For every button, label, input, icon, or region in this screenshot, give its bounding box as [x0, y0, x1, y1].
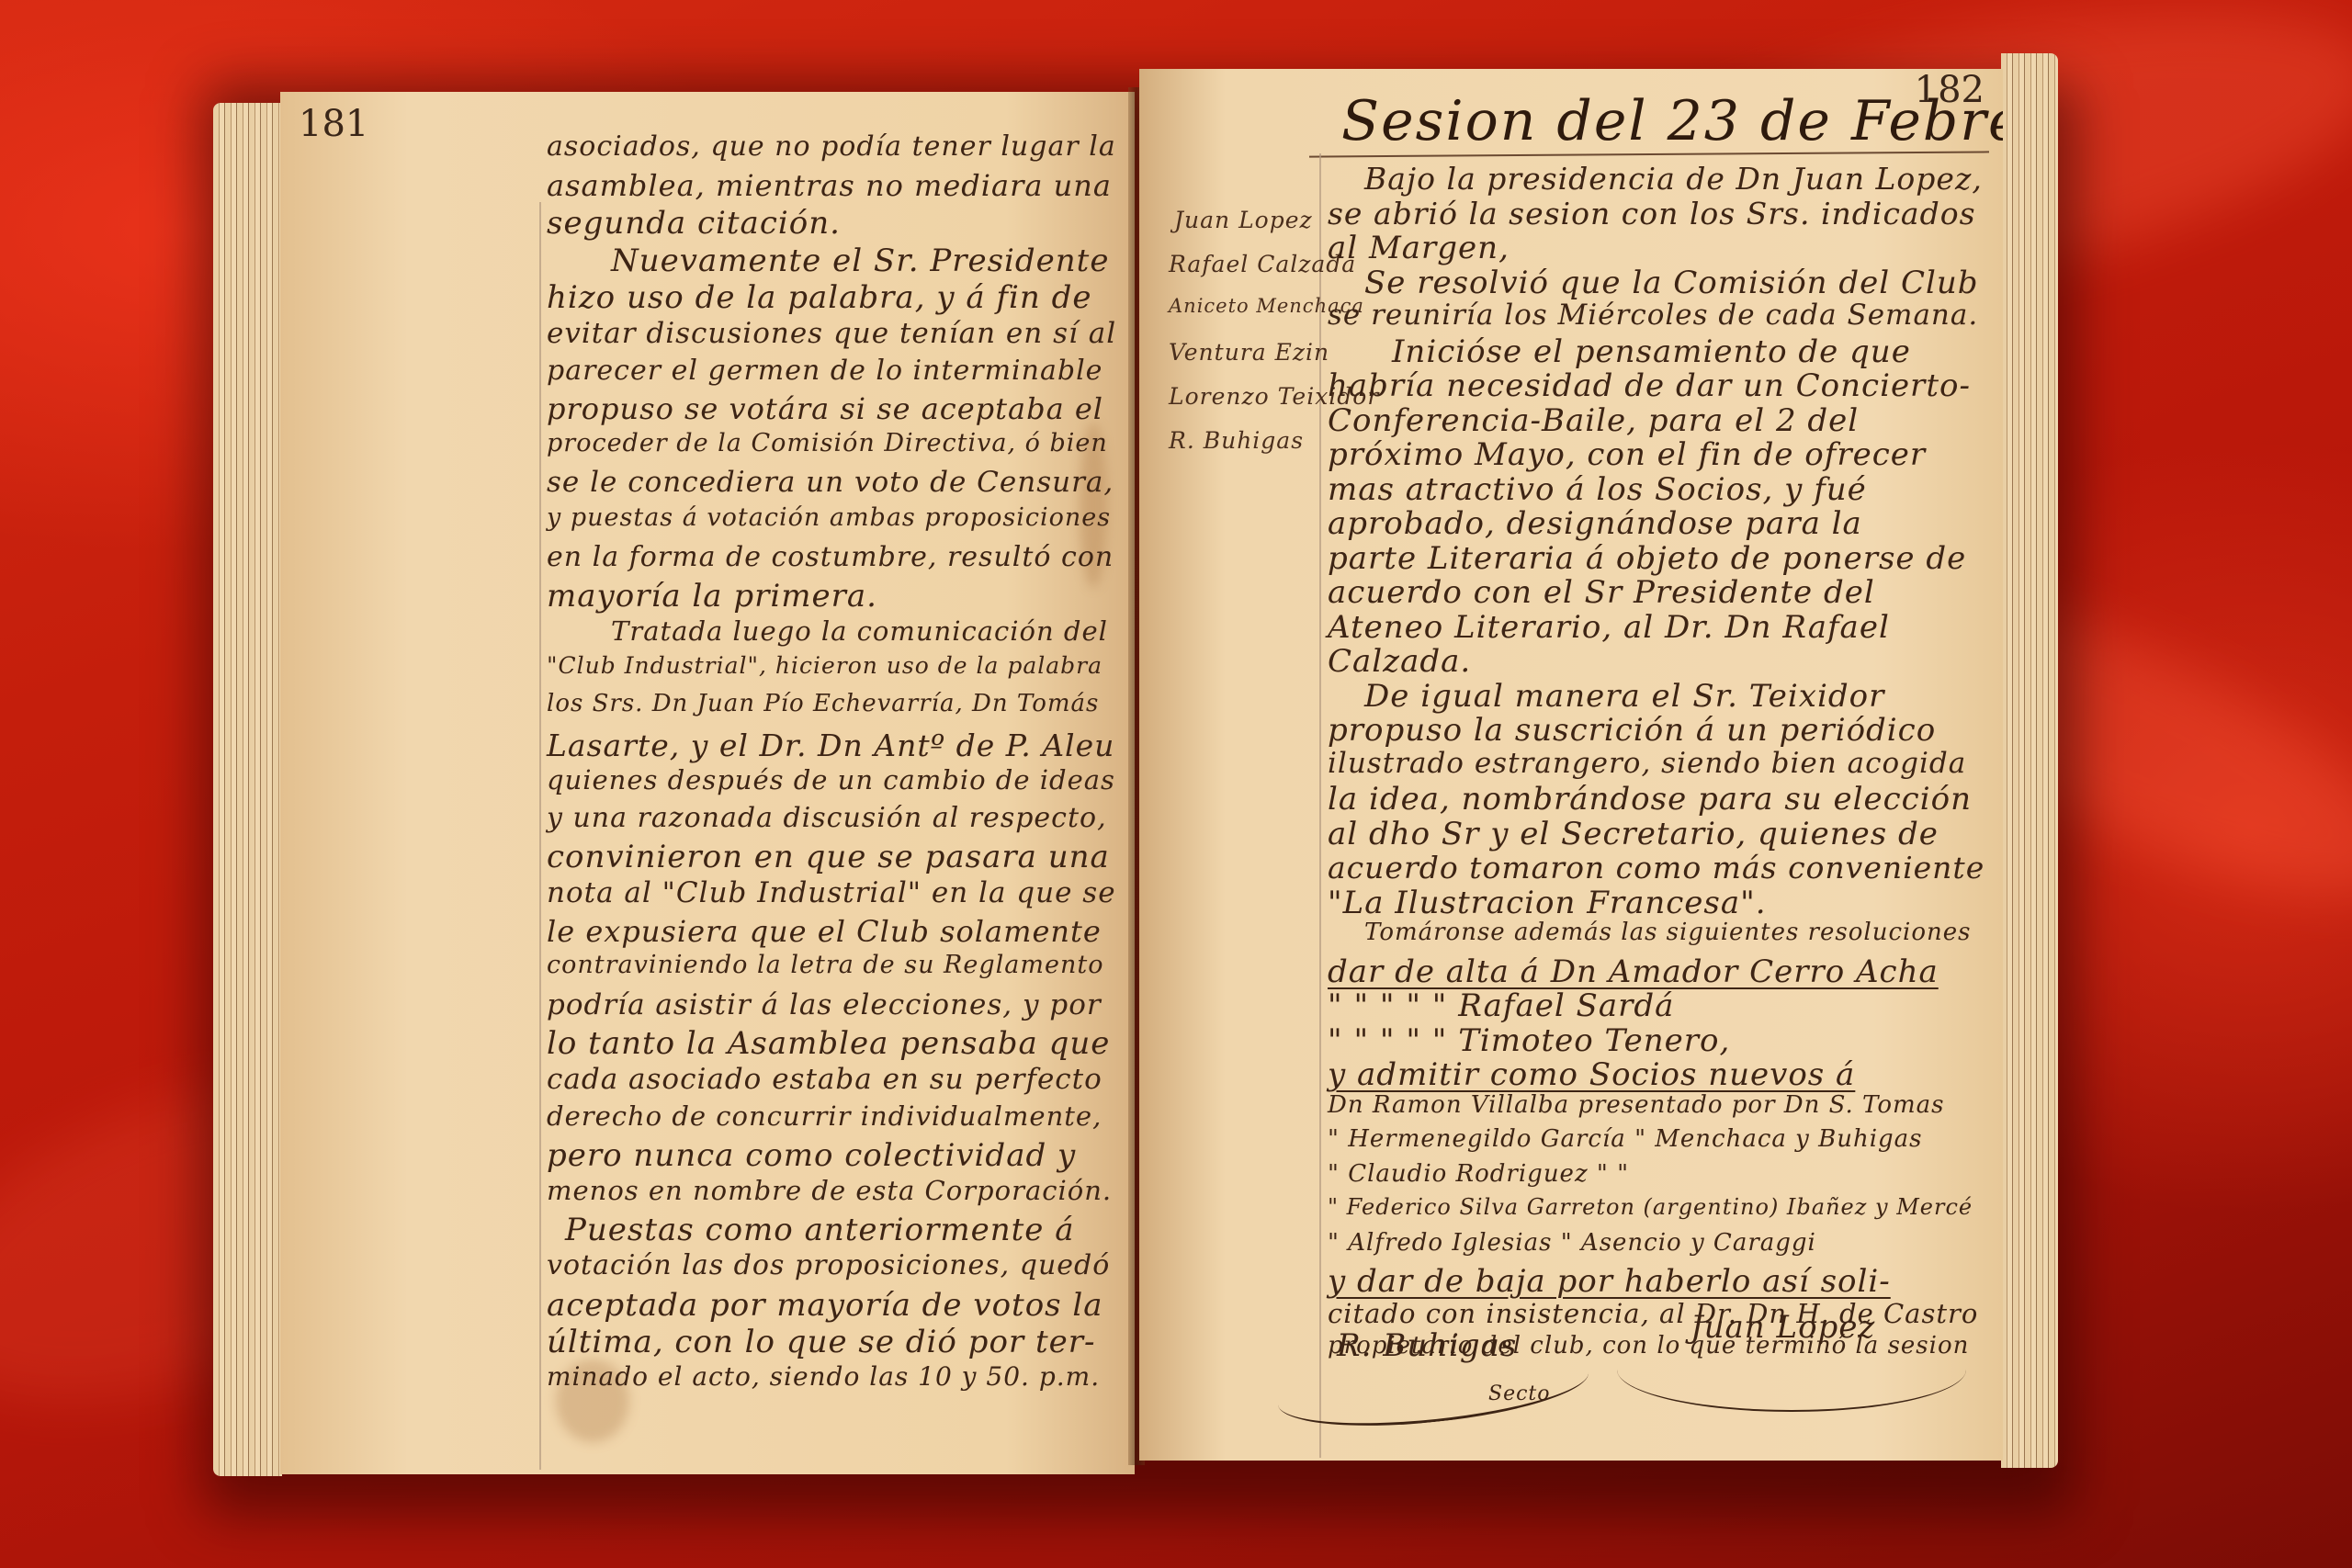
handwritten-line: se le concediera un voto de Censura,: [547, 466, 1114, 499]
handwritten-line: segunda citación.: [547, 205, 841, 242]
handwritten-line: propuso la suscrición á un periódico: [1328, 712, 1936, 749]
handwritten-line: Bajo la presidencia de Dn Juan Lopez,: [1364, 161, 1983, 197]
handwritten-line: aceptada por mayoría de votos la: [547, 1287, 1103, 1324]
handwritten-line: Ateneo Literario, al Dr. Dn Rafael: [1328, 609, 1890, 646]
handwritten-line: le expusiera que el Club solamente: [547, 914, 1102, 949]
handwritten-line: convinieron en que se pasara una: [547, 839, 1110, 875]
handwritten-line: asociados, que no podía tener lugar la: [547, 130, 1116, 163]
handwritten-line: propuso se votára si se aceptaba el: [547, 391, 1103, 426]
handwritten-line: nota al "Club Industrial" en la que se: [547, 876, 1116, 909]
handwritten-line: la idea, nombrándose para su elección: [1328, 781, 1972, 818]
handwritten-line: Se resolvió que la Comisión del Club: [1364, 265, 1979, 301]
handwritten-line: y admitir como Socios nuevos á: [1328, 1056, 1855, 1093]
handwritten-line: De igual manera el Sr. Teixidor: [1364, 678, 1884, 715]
handwritten-line: menos en nombre de esta Corporación.: [547, 1175, 1112, 1206]
handwritten-line: parte Literaria á objeto de ponerse de: [1328, 540, 1966, 577]
handwritten-line: se abrió la sesion con los Srs. indicado…: [1328, 196, 1976, 231]
handwritten-line: y puestas á votación ambas proposiciones: [547, 503, 1111, 532]
handwritten-line: votación las dos proposiciones, quedó: [547, 1249, 1110, 1281]
handwritten-line: parecer el germen de lo interminable: [547, 355, 1102, 387]
handwritten-line: Tomáronse además las siguientes resoluci…: [1364, 919, 1971, 946]
attendee-name: Juan Lopez: [1174, 207, 1313, 233]
session-title: Sesion del 23 de Febrero de 1883.: [1341, 89, 2003, 153]
handwritten-line: derecho de concurrir individualmente,: [547, 1100, 1102, 1132]
handwritten-line: "La Ilustracion Francesa".: [1328, 885, 1767, 921]
handwritten-line: acuerdo tomaron como más conveniente: [1328, 850, 1984, 886]
handwritten-line: al dho Sr y el Secretario, quienes de: [1328, 816, 1939, 852]
handwritten-line: Puestas como anteriormente á: [565, 1212, 1075, 1248]
handwritten-line: " Federico Silva Garreton (argentino) Ib…: [1328, 1194, 1973, 1220]
right-page: 182 Sesion del 23 de Febrero de 1883. Ju…: [1139, 69, 2003, 1461]
right-page-edges: [2001, 53, 2058, 1468]
handwritten-line: Tratada luego la comunicación del: [611, 615, 1108, 647]
handwritten-line: podría asistir á las elecciones, y por: [547, 988, 1102, 1021]
page-number: 181: [299, 103, 368, 145]
handwritten-line: " Alfredo Iglesias " Asencio y Caraggi: [1328, 1229, 1816, 1257]
handwritten-line: evitar discusiones que tenían en sí al: [547, 317, 1116, 350]
signature-flourish: [1617, 1327, 1966, 1412]
handwritten-line: " " " " " Rafael Sardá: [1328, 987, 1674, 1024]
handwritten-line: dar de alta á Dn Amador Cerro Acha: [1328, 953, 1939, 990]
attendee-name: Ventura Ezin: [1169, 339, 1329, 366]
handwritten-line: "Club Industrial", hicieron uso de la pa…: [547, 652, 1102, 679]
handwritten-line: lo tanto la Asamblea pensaba que: [547, 1025, 1110, 1062]
handwritten-line: contraviniendo la letra de su Reglamento: [547, 951, 1103, 979]
handwritten-line: hizo uso de la palabra, y á fin de: [547, 279, 1091, 316]
handwritten-line: mayoría la primera.: [547, 578, 877, 615]
handwritten-line: los Srs. Dn Juan Pío Echevarría, Dn Tomá…: [547, 690, 1099, 717]
handwritten-line: habría necesidad de dar un Concierto-: [1328, 367, 1971, 404]
handwritten-line: " Claudio Rodriguez " ": [1328, 1160, 1629, 1188]
handwritten-line: Calzada.: [1328, 643, 1471, 680]
left-page-edges: [213, 103, 282, 1476]
handwritten-line: Inicióse el pensamiento de que: [1392, 333, 1911, 370]
handwritten-line: minado el acto, siendo las 10 y 50. p.m.: [547, 1361, 1100, 1392]
handwritten-line: Lasarte, y el Dr. Dn Antº de P. Aleu: [547, 728, 1114, 763]
handwritten-line: en la forma de costumbre, resultó con: [547, 541, 1114, 573]
handwritten-line: " " " " " Timoteo Tenero,: [1328, 1022, 1730, 1059]
handwritten-line: citado con insistencia, al Dr. Dn H. de …: [1328, 1298, 1978, 1329]
left-page: 181 asociados, que no podía tener lugar …: [280, 92, 1135, 1474]
handwritten-line: quienes después de un cambio de ideas: [547, 764, 1115, 795]
handwritten-line: Nuevamente el Sr. Presidente: [611, 243, 1109, 279]
handwritten-line: mas atractivo á los Socios, y fué: [1328, 471, 1867, 508]
handwritten-line: última, con lo que se dió por ter-: [547, 1324, 1096, 1360]
handwritten-line: se reuniría los Miércoles de cada Semana…: [1328, 299, 1978, 332]
handwritten-line: aprobado, designándose para la: [1328, 505, 1862, 542]
handwritten-line: próximo Mayo, con el fin de ofrecer: [1328, 436, 1926, 473]
handwritten-line: y dar de baja por haberlo así soli-: [1328, 1263, 1891, 1300]
handwritten-line: cada asociado estaba en su perfecto: [547, 1063, 1102, 1096]
handwritten-line: pero nunca como colectividad y: [547, 1137, 1076, 1174]
handwritten-line: al Margen,: [1328, 230, 1510, 266]
handwritten-line: Dn Ramon Villalba presentado por Dn S. T…: [1328, 1091, 1945, 1119]
attendee-name: R. Buhigas: [1169, 427, 1304, 454]
handwritten-line: acuerdo con el Sr Presidente del: [1328, 574, 1875, 611]
margin-rule: [539, 202, 541, 1470]
handwritten-line: proceder de la Comisión Directiva, ó bie…: [547, 429, 1108, 457]
handwritten-line: Conferencia-Baile, para el 2 del: [1328, 402, 1859, 439]
handwritten-line: ilustrado estrangero, siendo bien acogid…: [1328, 747, 1966, 780]
handwritten-line: y una razonada discusión al respecto,: [547, 802, 1107, 834]
handwritten-line: " Hermenegildo García " Menchaca y Buhig…: [1328, 1125, 1923, 1153]
handwritten-line: asamblea, mientras no mediara una: [547, 168, 1112, 203]
